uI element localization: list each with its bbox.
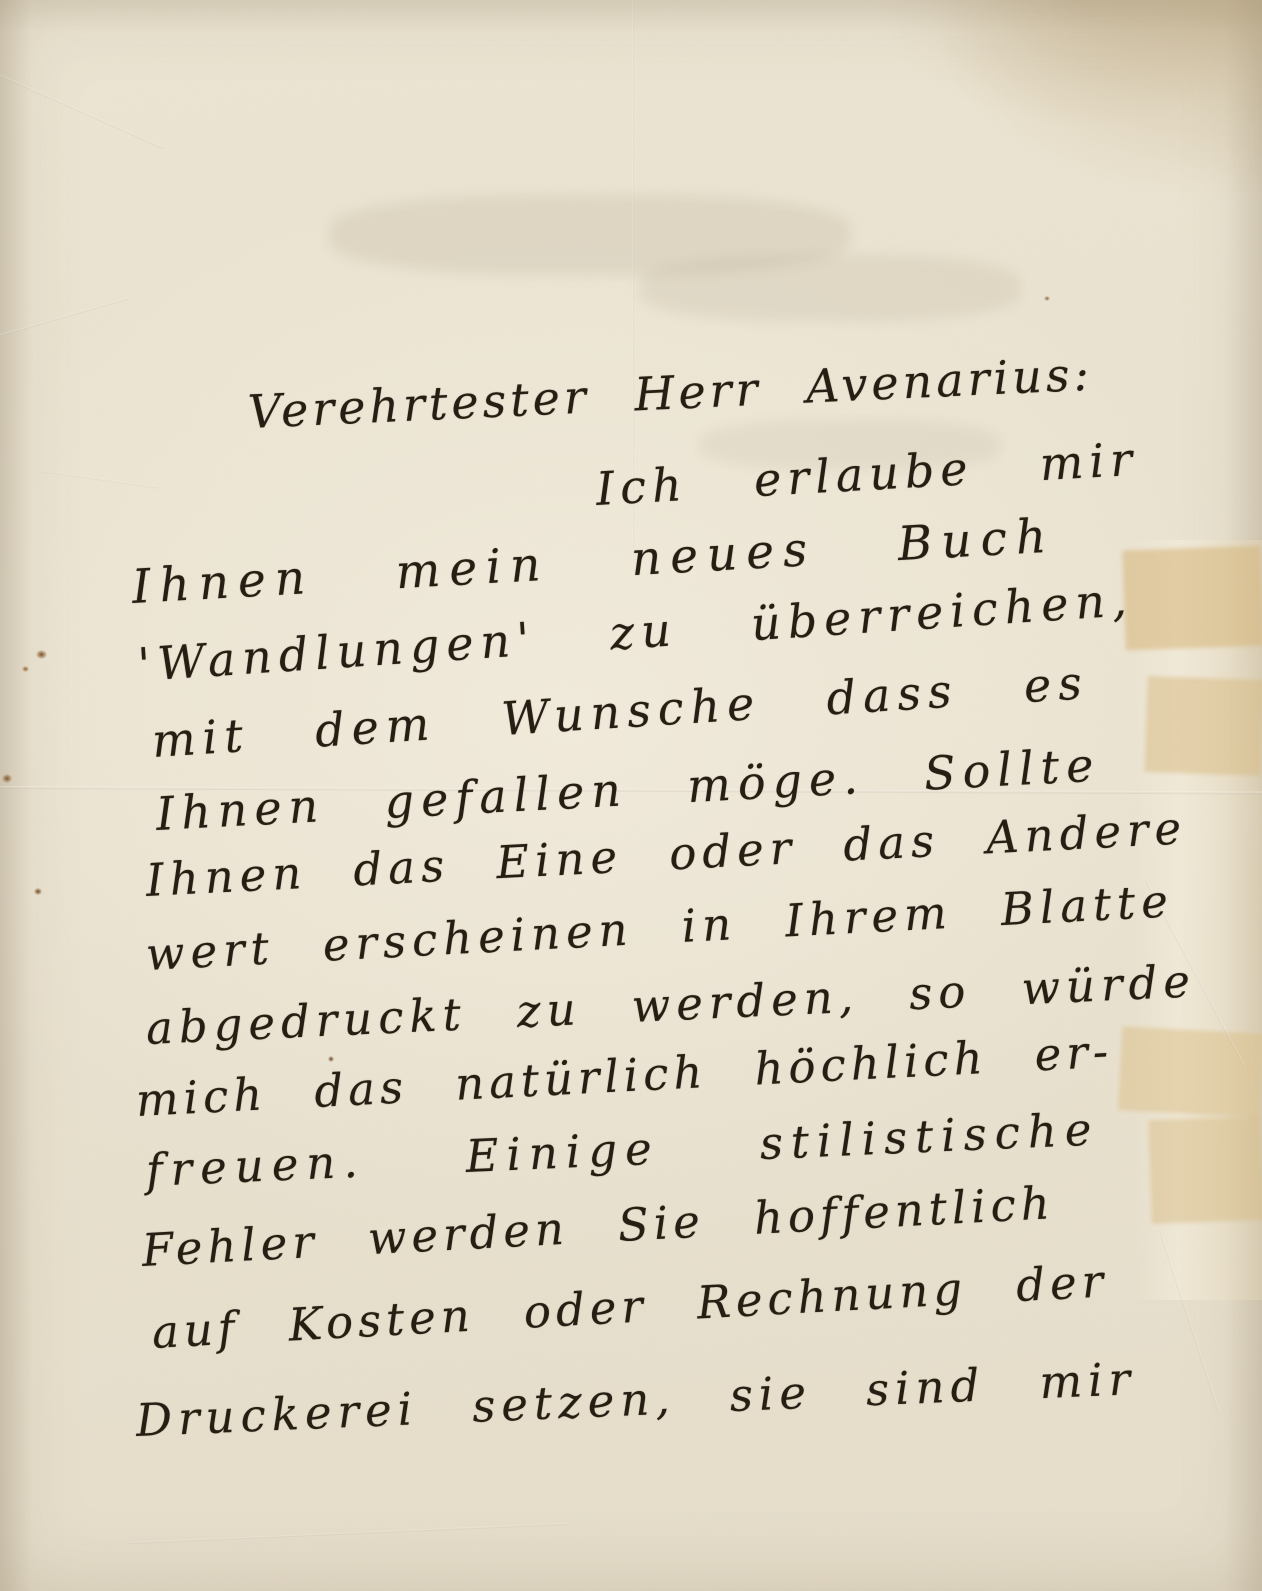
foxing-spot	[1044, 296, 1050, 301]
bleedthrough-smudge	[640, 255, 1020, 321]
corner-crease	[0, 297, 129, 338]
letter-line: Ich erlaube mir	[594, 432, 1139, 516]
edge-crease	[40, 470, 159, 489]
bleedthrough-smudge	[330, 195, 850, 275]
tape-stain	[1118, 1026, 1262, 1117]
foxing-spot	[34, 888, 42, 895]
tape-stain	[1148, 1116, 1262, 1224]
tape-stain	[1144, 676, 1262, 776]
corner-crease	[0, 70, 164, 149]
salutation-line: Verehrtester Herr Avenarius:	[247, 347, 1094, 439]
foxing-spot	[328, 1056, 334, 1062]
edge-crease	[1159, 1231, 1220, 1412]
foxing-spot	[2, 774, 12, 783]
bottom-crease	[130, 1523, 570, 1544]
letter-line: Druckerei setzen, sie sind mir	[135, 1352, 1137, 1447]
foxing-spot	[36, 650, 47, 659]
foxing-spot	[22, 666, 29, 672]
tape-stain	[1122, 546, 1262, 651]
letter-line: Fehler werden Sie hoffentlich	[141, 1176, 1056, 1277]
letter-page: Verehrtester Herr Avenarius: Ich erlaube…	[0, 0, 1262, 1591]
letter-line: auf Kosten oder Rechnung der	[151, 1254, 1110, 1359]
